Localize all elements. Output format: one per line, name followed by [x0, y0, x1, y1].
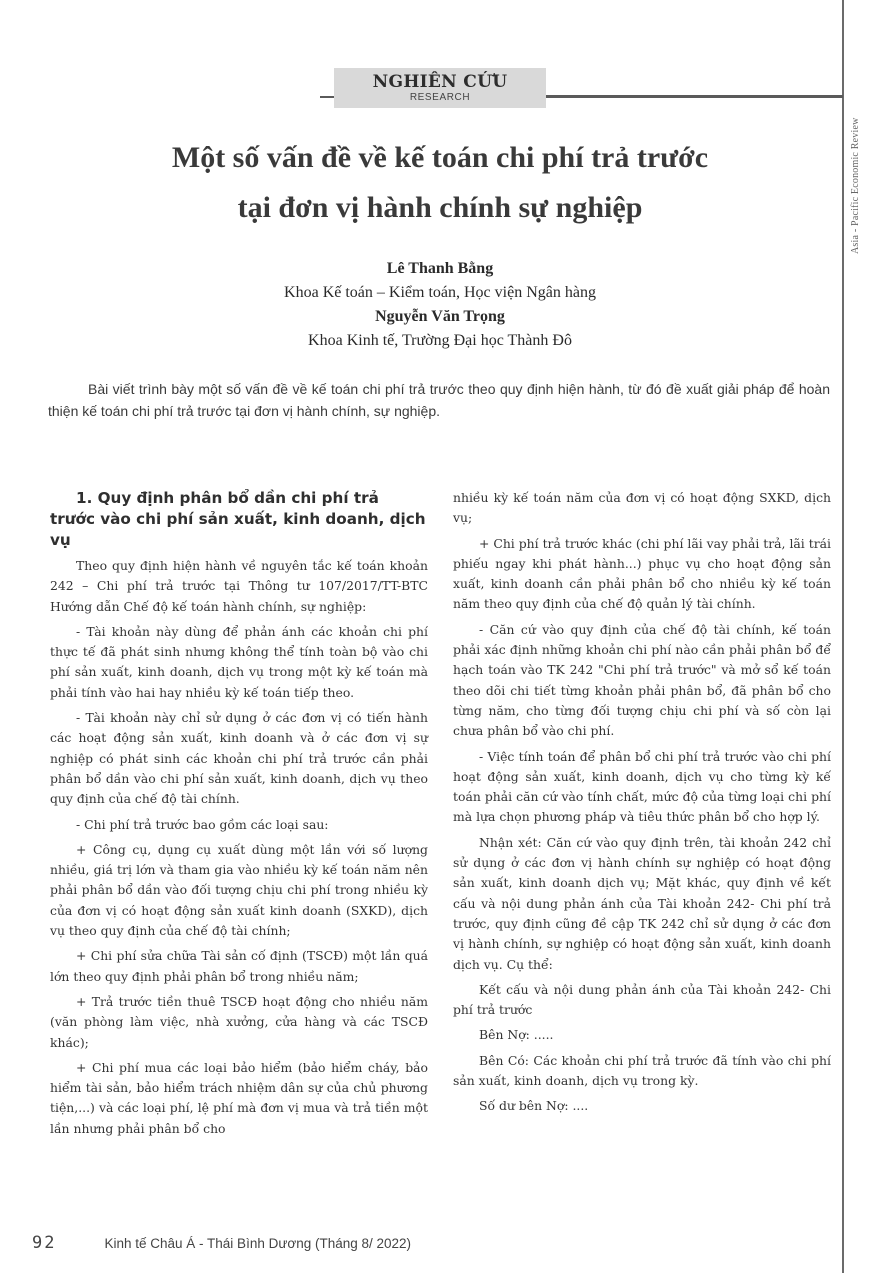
- section-heading: 1. Quy định phân bổ dần chi phí trả trướ…: [50, 488, 428, 551]
- body-column-right: nhiều kỳ kế toán năm của đơn vị có hoạt …: [453, 488, 831, 1122]
- author-name: Lê Thanh Bằng: [60, 257, 820, 281]
- paragraph-continuation: nhiều kỳ kế toán năm của đơn vị có hoạt …: [453, 488, 831, 529]
- page-number: 92: [32, 1233, 56, 1253]
- paragraph: Nhận xét: Căn cứ vào quy định trên, tài …: [453, 833, 831, 975]
- paragraph: - Chi phí trả trước bao gồm các loại sau…: [50, 815, 428, 835]
- paragraph: - Việc tính toán để phân bổ chi phí trả …: [453, 747, 831, 828]
- section-sublabel: RESEARCH: [334, 92, 546, 104]
- paragraph: - Căn cứ vào quy định của chế độ tài chí…: [453, 620, 831, 742]
- paragraph: - Tài khoản này chỉ sử dụng ở các đơn vị…: [50, 708, 428, 809]
- paragraph: + Chi phí sửa chữa Tài sản cố định (TSCĐ…: [50, 946, 428, 987]
- paragraph: + Chi phí trả trước khác (chi phí lãi va…: [453, 534, 831, 615]
- section-label: NGHIÊN CỨU: [334, 68, 546, 92]
- author-affiliation: Khoa Kinh tế, Trường Đại học Thành Đô: [60, 329, 820, 353]
- title-line-2: tại đơn vị hành chính sự nghiệp: [60, 183, 820, 233]
- author-name: Nguyễn Văn Trọng: [60, 305, 820, 329]
- paragraph: Số dư bên Nợ: ....: [453, 1096, 831, 1116]
- banner-rule-right: [545, 95, 843, 98]
- paragraph: Bên Có: Các khoản chi phí trả trước đã t…: [453, 1051, 831, 1092]
- abstract: Bài viết trình bày một số vấn đề về kế t…: [48, 378, 830, 422]
- title-line-1: Một số vấn đề về kế toán chi phí trả trư…: [60, 133, 820, 183]
- paragraph: + Chi phí mua các loại bảo hiểm (bảo hiể…: [50, 1058, 428, 1139]
- paragraph: + Trả trước tiền thuê TSCĐ hoạt động cho…: [50, 992, 428, 1053]
- page-margin-rule: [842, 0, 844, 1273]
- author-block: Lê Thanh Bằng Khoa Kế toán – Kiểm toán, …: [60, 257, 820, 353]
- paragraph: - Tài khoản này dùng để phản ánh các kho…: [50, 622, 428, 703]
- banner-rule-left: [320, 96, 334, 98]
- paragraph: + Công cụ, dụng cụ xuất dùng một lần với…: [50, 840, 428, 941]
- paragraph: Bên Nợ: .....: [453, 1025, 831, 1045]
- journal-side-label: Asia - Pacific Economic Review: [850, 96, 866, 276]
- page-footer: 92 Kinh tế Châu Á - Thái Bình Dương (Thá…: [32, 1233, 411, 1255]
- author-affiliation: Khoa Kế toán – Kiểm toán, Học viện Ngân …: [60, 281, 820, 305]
- body-column-left: 1. Quy định phân bổ dần chi phí trả trướ…: [50, 488, 428, 1144]
- journal-issue: Kinh tế Châu Á - Thái Bình Dương (Tháng …: [104, 1236, 411, 1251]
- paragraph: Theo quy định hiện hành về nguyên tắc kế…: [50, 556, 428, 617]
- section-banner: NGHIÊN CỨU RESEARCH: [334, 68, 546, 108]
- article-title: Một số vấn đề về kế toán chi phí trả trư…: [60, 133, 820, 233]
- paragraph: Kết cấu và nội dung phản ánh của Tài kho…: [453, 980, 831, 1021]
